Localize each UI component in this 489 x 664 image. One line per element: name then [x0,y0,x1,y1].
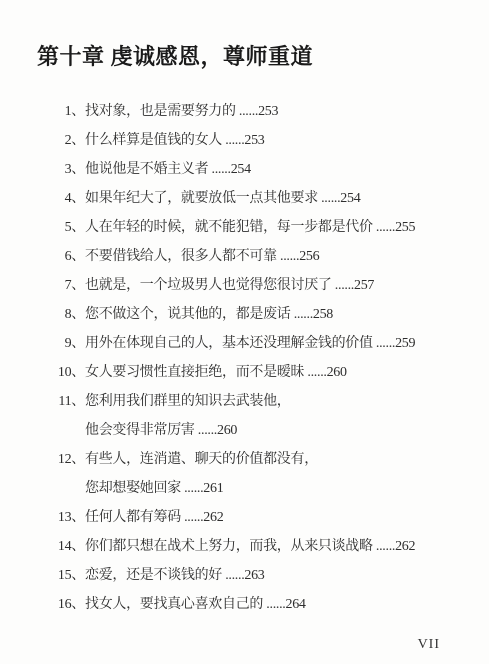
toc-item-number: 2、 [50,126,85,155]
toc-item-line: 他会变得非常厉害 ......260 [85,416,473,445]
toc-item-lines: 您利用我们群里的知识去武装他，他会变得非常厉害 ......260 [85,387,473,445]
toc-item: 10、 女人要习惯性直接拒绝，而不是暧昧 ......260 [50,358,473,387]
toc-item: 14、 你们都只想在战术上努力，而我，从来只谈战略 ......262 [50,532,473,561]
toc-item-number: 12、 [50,445,85,474]
toc-item: 8、 您不做这个，说其他的，都是废话 ......258 [50,300,473,329]
toc-item-number: 5、 [50,213,85,242]
toc-item: 4、 如果年纪大了，就要放低一点其他要求 ......254 [50,184,473,213]
toc-item-line: 找对象，也是需要努力的 ......253 [85,97,473,126]
toc-item-number: 14、 [50,532,85,561]
toc-item-lines: 有些人，连消遣、聊天的价值都没有，您却想娶她回家 ......261 [85,445,473,503]
toc-item-line: 恋爱，还是不谈钱的好 ......263 [85,561,473,590]
toc-item-number: 1、 [50,97,85,126]
toc-item: 15、 恋爱，还是不谈钱的好 ......263 [50,561,473,590]
toc-item-number: 11、 [50,387,85,416]
toc-item-lines: 用外在体现自己的人，基本还没理解金钱的价值 ......259 [85,329,473,358]
toc-item-number: 6、 [50,242,85,271]
toc-item: 5、 人在年轻的时候，就不能犯错，每一步都是代价 ......255 [50,213,473,242]
toc-item-line: 他说他是不婚主义者 ......254 [85,155,473,184]
toc-item: 11、 您利用我们群里的知识去武装他，他会变得非常厉害 ......260 [50,387,473,445]
toc-item-lines: 找对象，也是需要努力的 ......253 [85,97,473,126]
toc-item: 3、 他说他是不婚主义者 ......254 [50,155,473,184]
toc-item-line: 找女人，要找真心喜欢自己的 ......264 [85,590,473,619]
toc-item-number: 9、 [50,329,85,358]
toc-item-lines: 你们都只想在战术上努力，而我，从来只谈战略 ......262 [85,532,473,561]
toc-item: 9、 用外在体现自己的人，基本还没理解金钱的价值 ......259 [50,329,473,358]
toc-item: 7、 也就是，一个垃圾男人也觉得您很讨厌了 ......257 [50,271,473,300]
toc-item-number: 8、 [50,300,85,329]
toc-item: 2、 什么样算是值钱的女人 ......253 [50,126,473,155]
toc-item-line: 您不做这个，说其他的，都是废话 ......258 [85,300,473,329]
toc-item-number: 13、 [50,503,85,532]
toc-item-number: 15、 [50,561,85,590]
toc-item-lines: 恋爱，还是不谈钱的好 ......263 [85,561,473,590]
toc-item-lines: 任何人都有筹码 ......262 [85,503,473,532]
document-page: 第十章 虔诚感恩，尊师重道 1、 找对象，也是需要努力的 ......253 2… [0,0,489,664]
page-number: VII [418,637,440,653]
toc-item-lines: 您不做这个，说其他的，都是废话 ......258 [85,300,473,329]
toc-item-line: 也就是，一个垃圾男人也觉得您很讨厌了 ......257 [85,271,473,300]
toc-item-lines: 也就是，一个垃圾男人也觉得您很讨厌了 ......257 [85,271,473,300]
toc-item-number: 4、 [50,184,85,213]
toc-item-line: 什么样算是值钱的女人 ......253 [85,126,473,155]
toc-item-lines: 什么样算是值钱的女人 ......253 [85,126,473,155]
toc-item-line: 如果年纪大了，就要放低一点其他要求 ......254 [85,184,473,213]
toc-item-number: 7、 [50,271,85,300]
toc-item-line: 用外在体现自己的人，基本还没理解金钱的价值 ......259 [85,329,473,358]
toc-item-number: 16、 [50,590,85,619]
toc-item-lines: 女人要习惯性直接拒绝，而不是暧昧 ......260 [85,358,473,387]
toc-item: 13、 任何人都有筹码 ......262 [50,503,473,532]
toc-item-line: 人在年轻的时候，就不能犯错，每一步都是代价 ......255 [85,213,473,242]
toc-item-line: 你们都只想在战术上努力，而我，从来只谈战略 ......262 [85,532,473,561]
toc-item-lines: 如果年纪大了，就要放低一点其他要求 ......254 [85,184,473,213]
toc-item-line: 任何人都有筹码 ......262 [85,503,473,532]
toc-item-line: 女人要习惯性直接拒绝，而不是暧昧 ......260 [85,358,473,387]
toc-item-lines: 找女人，要找真心喜欢自己的 ......264 [85,590,473,619]
toc-item: 12、 有些人，连消遣、聊天的价值都没有，您却想娶她回家 ......261 [50,445,473,503]
toc-item: 6、 不要借钱给人，很多人都不可靠 ......256 [50,242,473,271]
toc-item: 1、 找对象，也是需要努力的 ......253 [50,97,473,126]
toc-item-number: 10、 [50,358,85,387]
toc-item-lines: 人在年轻的时候，就不能犯错，每一步都是代价 ......255 [85,213,473,242]
toc-item-number: 3、 [50,155,85,184]
toc-item-line: 您利用我们群里的知识去武装他， [85,387,473,416]
toc-item-line: 有些人，连消遣、聊天的价值都没有， [85,445,473,474]
toc-item-lines: 不要借钱给人，很多人都不可靠 ......256 [85,242,473,271]
toc-item-line: 不要借钱给人，很多人都不可靠 ......256 [85,242,473,271]
toc-item: 16、 找女人，要找真心喜欢自己的 ......264 [50,590,473,619]
chapter-title: 第十章 虔诚感恩，尊师重道 [37,42,313,72]
toc-item-lines: 他说他是不婚主义者 ......254 [85,155,473,184]
toc-item-line: 您却想娶她回家 ......261 [85,474,473,503]
toc-list: 1、 找对象，也是需要努力的 ......253 2、 什么样算是值钱的女人 .… [50,97,473,619]
